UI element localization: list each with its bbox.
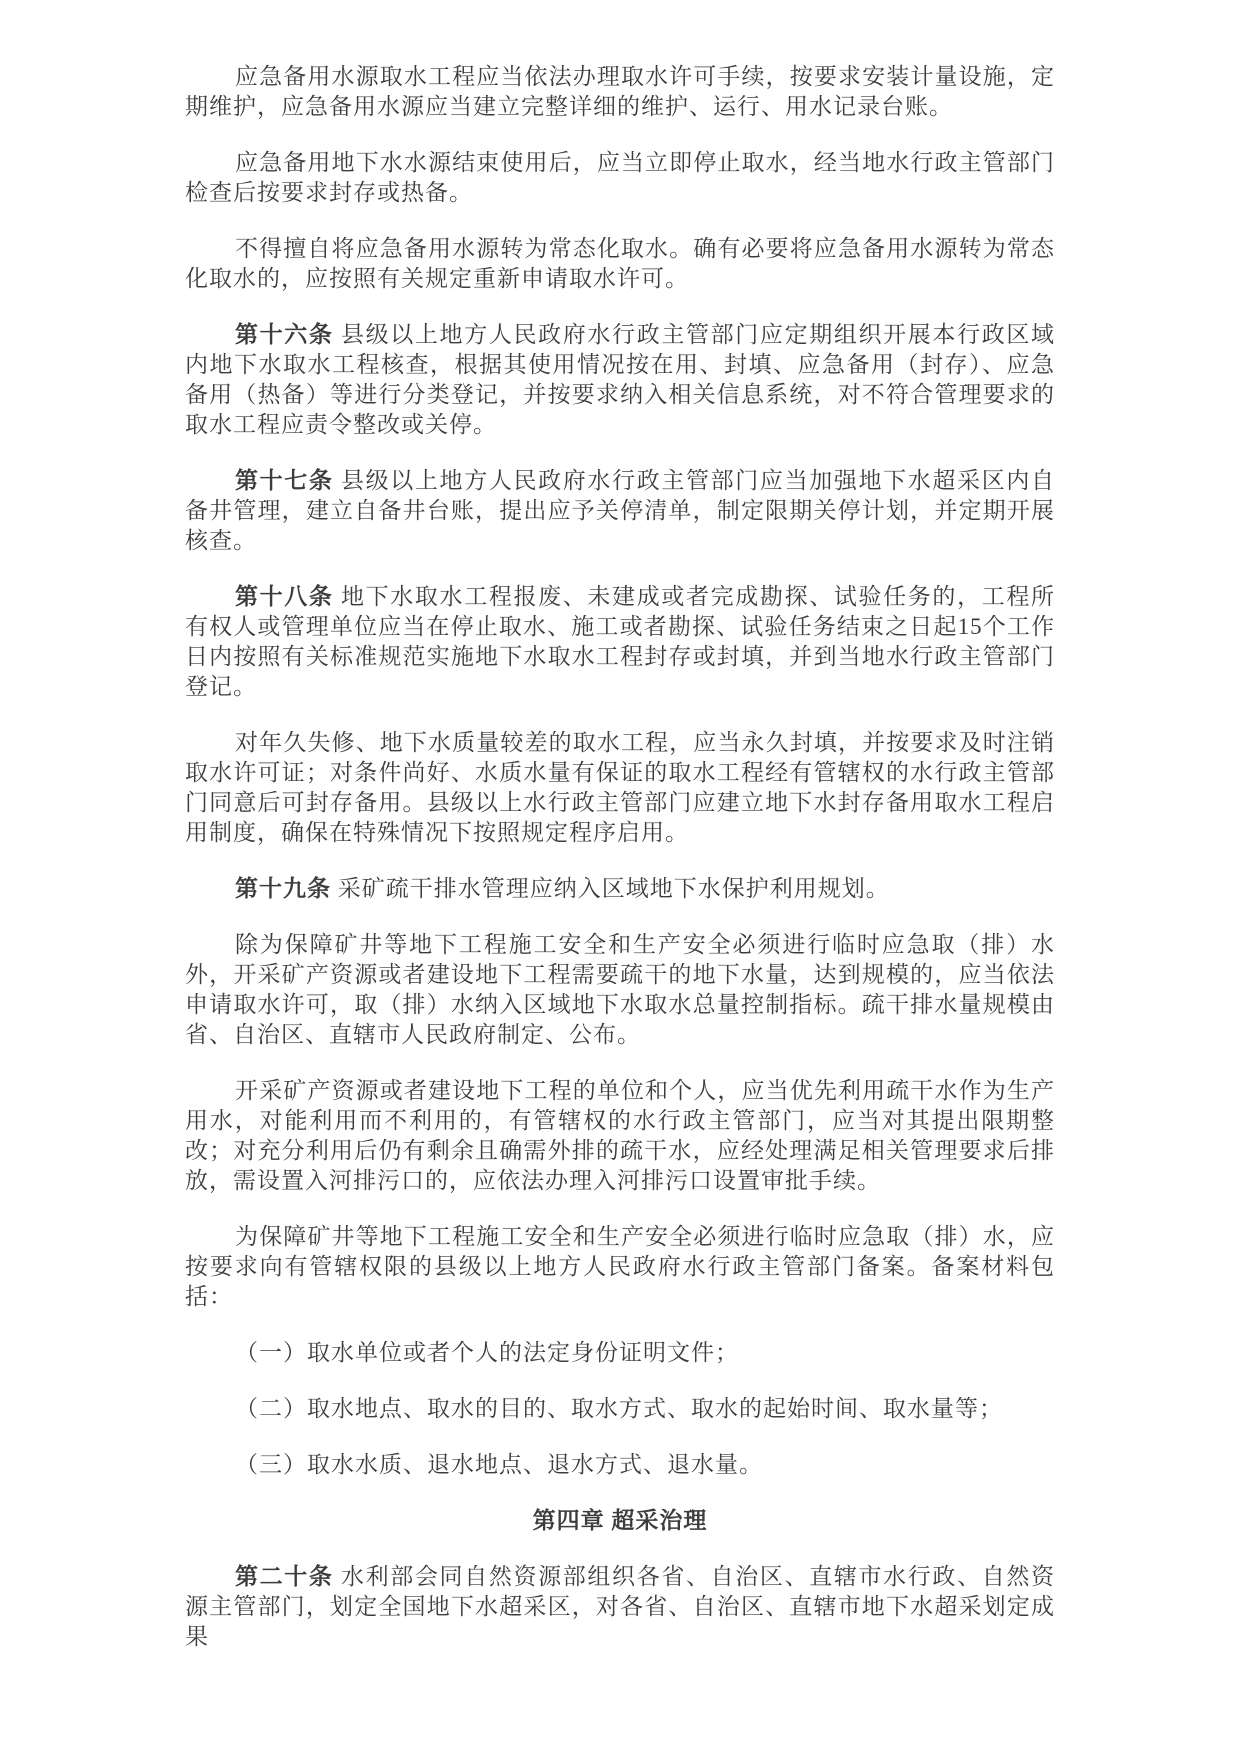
list-item: （三）取水水质、退水地点、退水方式、退水量。 (185, 1450, 1055, 1480)
article-number: 第二十条 (235, 1564, 334, 1589)
article-number: 第十七条 (235, 468, 334, 493)
article-paragraph: 第十八条 地下水取水工程报废、未建成或者完成勘探、试验任务的，工程所有权人或管理… (185, 582, 1055, 702)
paragraph: 不得擅自将应急备用水源转为常态化取水。确有必要将应急备用水源转为常态化取水的，应… (185, 234, 1055, 294)
article-number: 第十九条 (235, 876, 331, 901)
paragraph: 为保障矿井等地下工程施工安全和生产安全必须进行临时应急取（排）水，应按要求向有管… (185, 1222, 1055, 1312)
paragraph: 对年久失修、地下水质量较差的取水工程，应当永久封填，并按要求及时注销取水许可证；… (185, 728, 1055, 848)
document-content: 应急备用水源取水工程应当依法办理取水许可手续，按要求安装计量设施，定期维护，应急… (185, 62, 1055, 1652)
article-paragraph: 第十九条 采矿疏干排水管理应纳入区域地下水保护利用规划。 (185, 874, 1055, 904)
paragraph: 除为保障矿井等地下工程施工安全和生产安全必须进行临时应急取（排）水外，开采矿产资… (185, 930, 1055, 1050)
paragraph: 应急备用水源取水工程应当依法办理取水许可手续，按要求安装计量设施，定期维护，应急… (185, 62, 1055, 122)
article-number: 第十六条 (235, 322, 334, 347)
article-paragraph: 第十七条 县级以上地方人民政府水行政主管部门应当加强地下水超采区内自备井管理，建… (185, 466, 1055, 556)
document-page: 应急备用水源取水工程应当依法办理取水许可手续，按要求安装计量设施，定期维护，应急… (0, 0, 1240, 1754)
article-paragraph: 第十六条 县级以上地方人民政府水行政主管部门应定期组织开展本行政区域内地下水取水… (185, 320, 1055, 440)
paragraph: 开采矿产资源或者建设地下工程的单位和个人，应当优先利用疏干水作为生产用水，对能利… (185, 1076, 1055, 1196)
list-item: （二）取水地点、取水的目的、取水方式、取水的起始时间、取水量等； (185, 1394, 1055, 1424)
list-item: （一）取水单位或者个人的法定身份证明文件； (185, 1338, 1055, 1368)
article-number: 第十八条 (235, 584, 334, 609)
chapter-heading: 第四章 超采治理 (185, 1506, 1055, 1536)
article-paragraph: 第二十条 水利部会同自然资源部组织各省、自治区、直辖市水行政、自然资源主管部门，… (185, 1562, 1055, 1652)
paragraph: 应急备用地下水水源结束使用后，应当立即停止取水，经当地水行政主管部门检查后按要求… (185, 148, 1055, 208)
